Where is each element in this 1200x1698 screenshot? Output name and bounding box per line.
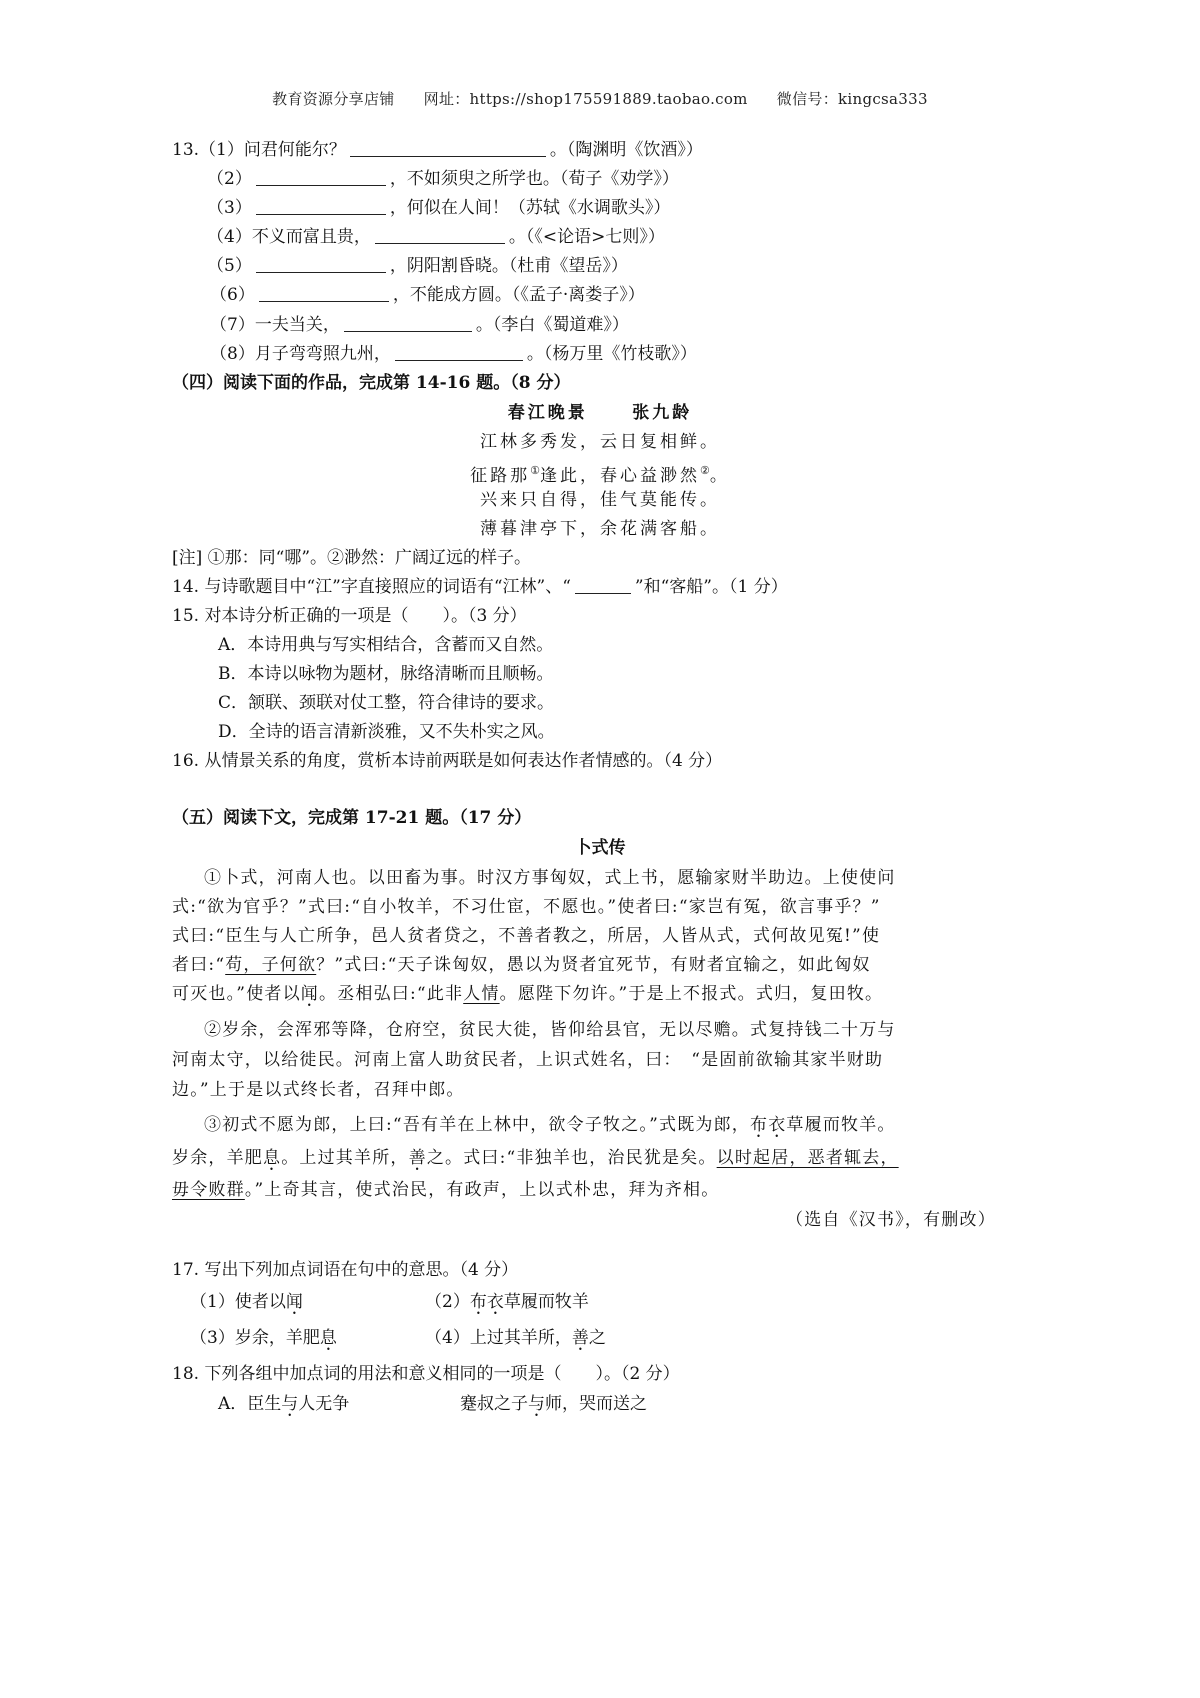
underlined-phrase: 毋令败群 [172, 1180, 245, 1200]
para3-line3: 毋令败群。”上奇其言，使式治民，有政声，上以式朴忠，拜为齐相。 [172, 1178, 719, 1202]
poem-line-1: 江林多秀发，云日复相鲜。 [0, 430, 1200, 454]
dotted-char: 息 [320, 1328, 337, 1348]
footnote-marker-2: ② [700, 464, 710, 477]
dotted-char: 善 [572, 1328, 589, 1348]
q18: 18. 下列各组中加点词的用法和意义相同的一项是（ ）。（2 分） [172, 1362, 680, 1386]
exam-page: 教育资源分享店铺 网址：https://shop175591889.taobao… [0, 0, 1200, 1698]
poem-line-3: 兴来只自得，佳气莫能传。 [0, 488, 1200, 512]
q13-item-6: （6），不能成方圆。（《孟子·离娄子》） [210, 283, 645, 307]
q13-item-1: 13.（1）问君何能尔？。（陶渊明《饮酒》） [172, 138, 703, 162]
q15-option-c: C．颔联、颈联对仗工整，符合律诗的要求。 [218, 691, 554, 715]
answer-blank[interactable] [350, 138, 546, 157]
dotted-char: 布 [750, 1115, 768, 1135]
poem-title: 春江晚景 张九龄 [0, 401, 1200, 425]
poem-note: [注] ①那：同“哪”。②渺然：广阔辽远的样子。 [172, 546, 531, 570]
q17-item-1: （1）使者以闻 [190, 1290, 303, 1314]
dotted-char: 与 [528, 1394, 545, 1414]
q13-item-7: （7）一夫当关，。（李白《蜀道难》） [210, 313, 629, 337]
para1-line5: 可灭也。”使者以闻。丞相弘曰:“此非人情。愿陛下勿许。”于是上不报式。式归，复田… [172, 982, 883, 1006]
underlined-phrase: 以时起居，恶者辄去， [717, 1148, 899, 1168]
dotted-char: 闻 [301, 984, 319, 1004]
answer-blank[interactable] [256, 254, 386, 273]
dotted-char: 与 [281, 1394, 298, 1414]
poem-line-4: 薄暮津亭下，余花满客船。 [0, 517, 1200, 541]
underlined-phrase: 苟，子何欲 [225, 955, 316, 975]
q13-item-3: （3），何似在人间！（苏轼《水调歌头》） [207, 196, 670, 220]
q18-option-a-left: A．臣生与人无争 [218, 1392, 349, 1416]
q13-item-4: （4）不义而富且贵，。（《<论语>七则》） [207, 225, 665, 249]
wechat-id: 微信号：kingcsa333 [777, 90, 928, 108]
q18-option-a-right: 蹇叔之子与师，哭而送之 [460, 1392, 647, 1416]
q13-item-8: （8）月子弯弯照九州，。（杨万里《竹枝歌》） [210, 342, 697, 366]
answer-blank[interactable] [256, 196, 386, 215]
shop-url: 网址：https://shop175591889.taobao.com [424, 90, 748, 108]
dotted-char: 布 [470, 1292, 487, 1312]
q13-item-2: （2），不如须臾之所学也。（荀子《劝学》） [207, 167, 679, 191]
footnote-marker-1: ① [530, 464, 540, 477]
para2-line2: 河南太守，以给徙民。河南上富人助贫民者，上识式姓名，曰： “是固前欲输其家半财助 [172, 1048, 883, 1072]
dotted-char: 衣 [768, 1115, 786, 1135]
answer-blank[interactable] [344, 313, 472, 332]
q17-item-4: （4）上过其羊所，善之 [425, 1326, 606, 1350]
q17: 17. 写出下列加点词语在句中的意思。（4 分） [172, 1258, 518, 1282]
para1-line3: 式曰:“臣生与人亡所争，邑人贫者贷之，不善者教之，所居，人皆从式，式何故见冤!”… [172, 924, 880, 948]
underlined-phrase: 人情 [463, 984, 499, 1004]
dotted-char: 衣 [487, 1292, 504, 1312]
page-header: 教育资源分享店铺 网址：https://shop175591889.taobao… [0, 88, 1200, 109]
section4-heading: （四）阅读下面的作品，完成第 14-16 题。（8 分） [172, 371, 570, 395]
q16: 16. 从情景关系的角度，赏析本诗前两联是如何表达作者情感的。（4 分） [172, 749, 722, 773]
q14: 14. 与诗歌题目中“江”字直接照应的词语有“江林”、“”和“客船”。（1 分） [172, 575, 788, 599]
answer-blank[interactable] [256, 167, 386, 186]
para1-line2: 式:“欲为官乎？”式曰:“自小牧羊，不习仕宦，不愿也。”使者曰:“家岂有冤，欲言… [172, 895, 881, 919]
q17-item-3: （3）岁余，羊肥息 [190, 1326, 337, 1350]
q15-option-d: D．全诗的语言清新淡雅，又不失朴实之风。 [218, 720, 555, 744]
answer-blank[interactable] [395, 342, 523, 361]
passage-title: 卜式传 [0, 836, 1200, 860]
poem-line-2: 征路那①逢此，春心益渺然②。 [0, 459, 1200, 488]
q15-option-b: B．本诗以咏物为题材，脉络清晰而且顺畅。 [218, 662, 554, 686]
q13-item-5: （5），阴阳割昏晓。（杜甫《望岳》） [207, 254, 628, 278]
para2-line1: ②岁余，会浑邪等降，仓府空，贫民大徙，皆仰给县官，无以尽赡。式复持钱二十万与 [204, 1018, 896, 1042]
section5-heading: （五）阅读下文，完成第 17-21 题。（17 分） [172, 806, 531, 830]
para3-line2: 岁余，羊肥息。上过其羊所，善之。式曰:“非独羊也，治民犹是矣。以时起居，恶者辄去… [172, 1146, 899, 1170]
answer-blank[interactable] [575, 575, 631, 594]
q17-item-2: （2）布衣草履而牧羊 [425, 1290, 589, 1314]
q15-option-a: A．本诗用典与写实相结合，含蓄而又自然。 [218, 633, 553, 657]
para1-line4: 者曰:“苟，子何欲？”式曰:“天子诛匈奴，愚以为贤者宜死节，有财者宜输之，如此匈… [172, 953, 871, 977]
passage-source: （选自《汉书》，有删改） [786, 1208, 996, 1232]
para2-line3: 边。”上于是以式终长者，召拜中郎。 [172, 1078, 465, 1102]
dotted-char: 息 [263, 1148, 281, 1168]
dotted-char: 善 [409, 1148, 427, 1168]
dotted-char: 闻 [286, 1292, 303, 1312]
answer-blank[interactable] [259, 283, 389, 302]
answer-blank[interactable] [375, 225, 505, 244]
para3-line1: ③初式不愿为郎，上曰:“吾有羊在上林中，欲令子牧之。”式既为郎，布衣草履而牧羊。 [204, 1113, 896, 1137]
shop-name: 教育资源分享店铺 [272, 90, 394, 108]
q15: 15. 对本诗分析正确的一项是（ ）。（3 分） [172, 604, 527, 628]
para1-line1: ①卜式，河南人也。以田畜为事。时汉方事匈奴，式上书，愿输家财半助边。上使使问 [204, 866, 896, 890]
